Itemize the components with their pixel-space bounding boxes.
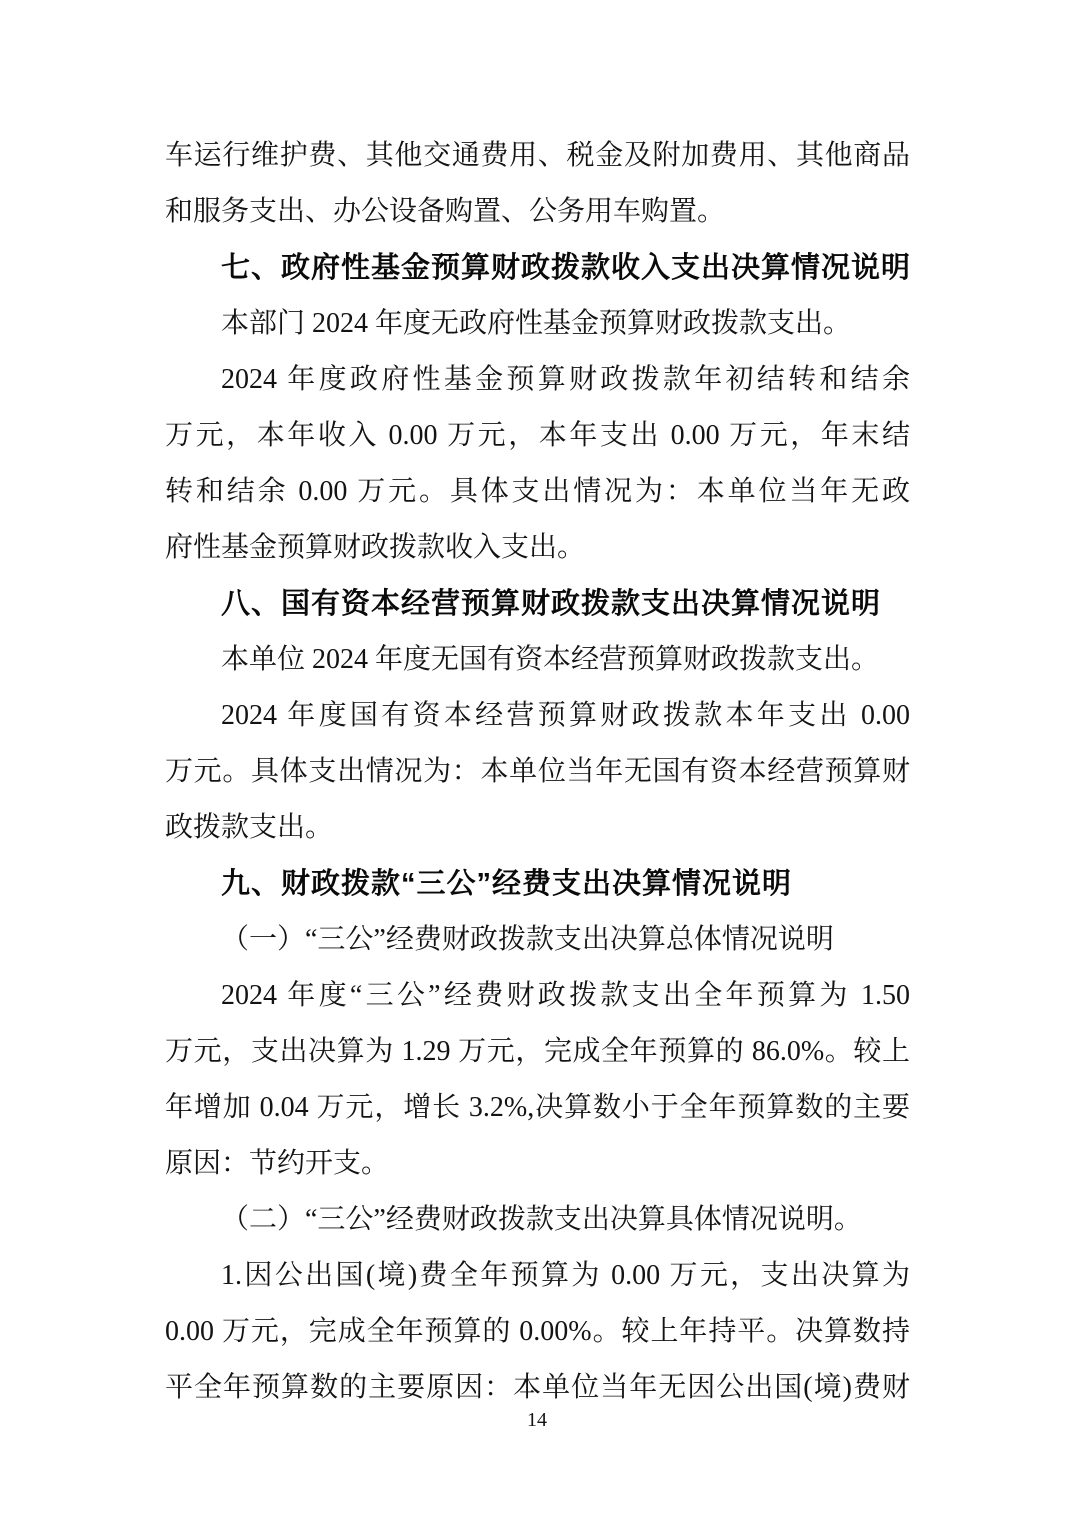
paragraph-line: 2024 年度国有资本经营预算财政拨款本年支出 0.00	[165, 688, 910, 744]
page-body: 车运行维护费、其他交通费用、税金及附加费用、其他商品 和服务支出、办公设备购置、…	[165, 128, 910, 1416]
paragraph-line: 0.00 万元，完成全年预算的 0.00%。较上年持平。决算数持	[165, 1304, 910, 1360]
paragraph-line: 原因：节约开支。	[165, 1136, 910, 1192]
subsection-heading-2: （二）“三公”经费财政拨款支出决算具体情况说明。	[165, 1192, 910, 1248]
paragraph-line: 1.因公出国(境)费全年预算为 0.00 万元，支出决算为	[165, 1248, 910, 1304]
paragraph-line: 万元。具体支出情况为：本单位当年无国有资本经营预算财	[165, 744, 910, 800]
paragraph-line: 车运行维护费、其他交通费用、税金及附加费用、其他商品	[165, 128, 910, 184]
paragraph-line: 万元，支出决算为 1.29 万元，完成全年预算的 86.0%。较上	[165, 1024, 910, 1080]
paragraph-line: 政拨款支出。	[165, 800, 910, 856]
page-number: 14	[0, 1406, 1074, 1434]
paragraph-line: 本单位 2024 年度无国有资本经营预算财政拨款支出。	[165, 632, 910, 688]
subsection-heading-1: （一）“三公”经费财政拨款支出决算总体情况说明	[165, 912, 910, 968]
document-page: 车运行维护费、其他交通费用、税金及附加费用、其他商品 和服务支出、办公设备购置、…	[0, 0, 1074, 1520]
paragraph-line: 万元，本年收入 0.00 万元，本年支出 0.00 万元，年末结	[165, 408, 910, 464]
paragraph-line: 和服务支出、办公设备购置、公务用车购置。	[165, 184, 910, 240]
paragraph-line: 年增加 0.04 万元，增长 3.2%,决算数小于全年预算数的主要	[165, 1080, 910, 1136]
paragraph-line: 2024 年度“三公”经费财政拨款支出全年预算为 1.50	[165, 968, 910, 1024]
paragraph-line: 转和结余 0.00 万元。具体支出情况为：本单位当年无政	[165, 464, 910, 520]
section-heading-7: 七、政府性基金预算财政拨款收入支出决算情况说明	[165, 240, 910, 296]
section-heading-9: 九、财政拨款“三公”经费支出决算情况说明	[165, 856, 910, 912]
paragraph-line: 府性基金预算财政拨款收入支出。	[165, 520, 910, 576]
paragraph-line: 本部门 2024 年度无政府性基金预算财政拨款支出。	[165, 296, 910, 352]
section-heading-8: 八、国有资本经营预算财政拨款支出决算情况说明	[165, 576, 910, 632]
paragraph-line: 2024 年度政府性基金预算财政拨款年初结转和结余	[165, 352, 910, 408]
